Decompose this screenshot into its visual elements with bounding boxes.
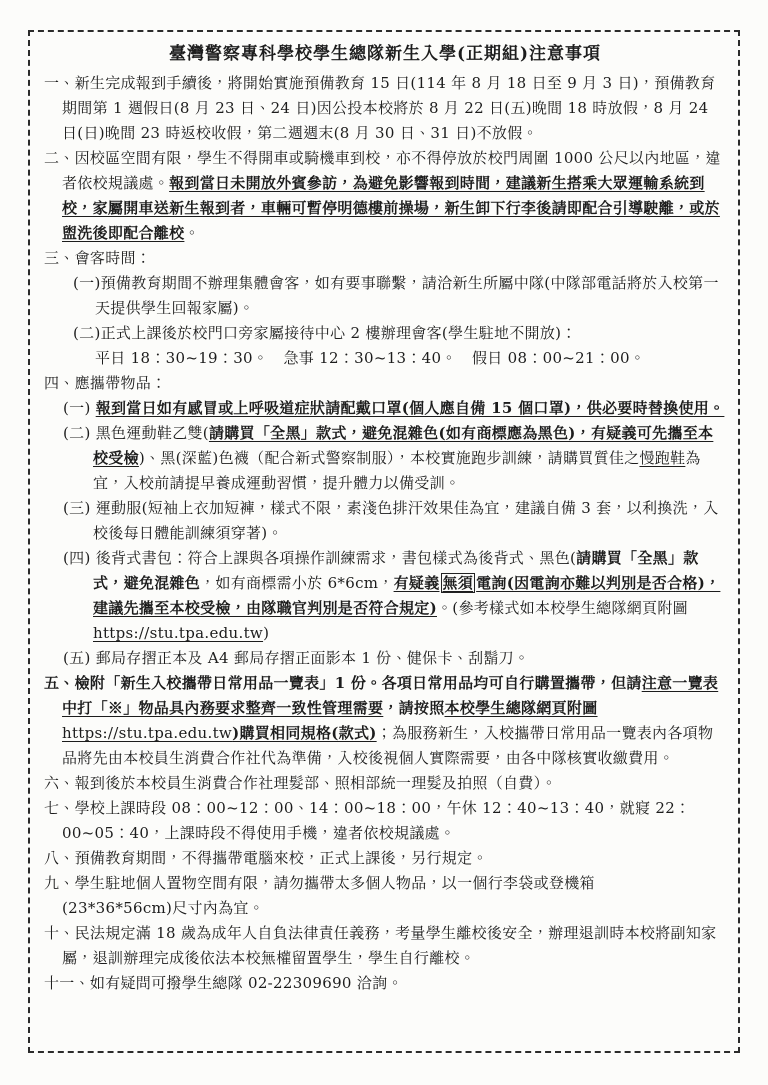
text-run: 本校學生總隊網頁附圖 xyxy=(445,699,598,717)
text-run: 運動服(短袖上衣加短褲，樣式不限，素淺色排汗效果佳為宜，建議自備 3 套，以利換… xyxy=(93,499,719,542)
text-run: 正式上課後於校門口旁家屬接待中心 2 樓辦理會客(學生駐地不開放)： xyxy=(101,324,577,342)
notice-item-14: 七、學校上課時段 08：00~12：00、14：00~18：00，午休 12：4… xyxy=(44,796,726,846)
text-run: 黑色運動鞋乙雙( xyxy=(96,424,209,442)
text-run: 郵局存摺正本及 A4 郵局存摺正面影本 1 份、健保卡、刮鬍刀。 xyxy=(96,649,530,667)
item-label: 十一、 xyxy=(44,974,90,992)
item-label: (三) xyxy=(63,499,96,517)
text-run: 如有疑問可撥學生總隊 02-22309690 洽詢。 xyxy=(90,974,403,992)
text-run: ，請按照 xyxy=(383,699,444,717)
notice-item-10: (四) 後背式書包：符合上課與各項操作訓練需求，書包樣式為後背式、黑色(請購買「… xyxy=(63,546,726,646)
item-label: 八、 xyxy=(44,849,75,867)
notice-item-3: 三、會客時間： xyxy=(44,246,726,271)
text-run: 報到後於本校員生消費合作社理髮部、照相部統一理髮及拍照（自費）。 xyxy=(75,774,557,792)
item-label: 六、 xyxy=(44,774,75,792)
notice-item-7: (一) 報到當日如有感冒或上呼吸道症狀請配戴口罩(個人應自備 15 個口罩)，供… xyxy=(63,396,726,421)
text-run: 會客時間： xyxy=(75,249,152,267)
notice-item-5: (二)正式上課後於校門口旁家屬接待中心 2 樓辦理會客(學生駐地不開放)：平日 … xyxy=(73,321,726,371)
notice-item-6: 四、應攜帶物品： xyxy=(44,371,726,396)
item-label: (一) xyxy=(63,399,96,417)
notice-item-2: 二、因校區空間有限，學生不得開車或騎機車到校，亦不得停放於校門周圍 1000 公… xyxy=(44,146,726,246)
notice-item-17: 十、民法規定滿 18 歲為成年人自負法律責任義務，考量學生離校後安全，辦理退訓時… xyxy=(44,921,726,971)
item-label: 九、 xyxy=(44,874,75,892)
item-label: (二) xyxy=(73,324,101,342)
page-title: 臺灣警察專科學校學生總隊新生入學(正期組)注意事項 xyxy=(44,41,726,67)
text-run: 學校上課時段 08：00~12：00、14：00~18：00，午休 12：40~… xyxy=(62,799,690,842)
text-run: 應攜帶物品： xyxy=(75,374,167,392)
text-run: )、黑(深藍)色襪（配合新式警察制服），本校實施跑步訓練，請購買質佳之 xyxy=(139,449,640,467)
text-run: ) xyxy=(263,624,269,642)
link-url: https://stu.tpa.edu.tw xyxy=(62,724,232,742)
notice-item-16: 九、學生駐地個人置物空間有限，請勿攜帶太多個人物品，以一個行李袋或登機箱(23*… xyxy=(44,871,726,921)
text-run: 報到當日如有感冒或上呼吸道症狀請配戴口罩(個人應自備 15 個口罩)，供必要時替… xyxy=(96,399,725,417)
item-label: 四、 xyxy=(44,374,75,392)
notice-item-9: (三) 運動服(短袖上衣加短褲，樣式不限，素淺色排汗效果佳為宜，建議自備 3 套… xyxy=(63,496,726,546)
text-run: 新生完成報到手續後，將開始實施預備教育 15 日(114 年 8 月 18 日至… xyxy=(62,74,715,142)
notice-list: 一、新生完成報到手續後，將開始實施預備教育 15 日(114 年 8 月 18 … xyxy=(44,71,726,996)
text-run: 檢附「新生入校攜帶日常用品一覽表」1 份。各項日常用品均可自行購置攜帶，但請 xyxy=(75,674,642,692)
text-run: 慢跑鞋 xyxy=(639,449,685,467)
notice-item-8: (二) 黑色運動鞋乙雙(請購買「全黑」款式，避免混雜色(如有商標應為黑色)，有疑… xyxy=(63,421,726,496)
text-run: 有疑義 xyxy=(394,574,440,592)
text-run: 民法規定滿 18 歲為成年人自負法律責任義務，考量學生離校後安全，辦理退訓時本校… xyxy=(62,924,716,967)
text-run: 預備教育期間，不得攜帶電腦來校，正式上課後，另行規定。 xyxy=(75,849,488,867)
text-run: 無須 xyxy=(441,573,476,593)
item-label: (一) xyxy=(73,274,101,292)
text-run: 。 xyxy=(184,224,199,242)
item-label: 十、 xyxy=(44,924,75,942)
item-label: 七、 xyxy=(44,799,75,817)
text-run: 學生駐地個人置物空間有限，請勿攜帶太多個人物品，以一個行李袋或登機箱 xyxy=(75,874,595,892)
text-run: 。(參考樣式如本校學生總隊網頁附圖 xyxy=(437,599,688,617)
item-label: (五) xyxy=(63,649,96,667)
notice-item-13: 六、報到後於本校員生消費合作社理髮部、照相部統一理髮及拍照（自費）。 xyxy=(44,771,726,796)
notice-border: 臺灣警察專科學校學生總隊新生入學(正期組)注意事項 一、新生完成報到手續後，將開… xyxy=(28,30,740,1053)
notice-item-11: (五) 郵局存摺正本及 A4 郵局存摺正面影本 1 份、健保卡、刮鬍刀。 xyxy=(63,646,726,671)
notice-item-12: 五、檢附「新生入校攜帶日常用品一覽表」1 份。各項日常用品均可自行購置攜帶，但請… xyxy=(44,671,726,771)
text-run: ，如有商標需小於 6*6cm， xyxy=(200,574,393,592)
text-run: 後背式書包：符合上課與各項操作訓練需求，書包樣式為後背式、黑色( xyxy=(96,549,576,567)
item-label: (四) xyxy=(63,549,96,567)
text-run: (23*36*56cm)尺寸內為宜。 xyxy=(62,899,264,917)
item-label: 三、 xyxy=(44,249,75,267)
notice-item-1: 一、新生完成報到手續後，將開始實施預備教育 15 日(114 年 8 月 18 … xyxy=(44,71,726,146)
item-label: 二、 xyxy=(44,149,75,167)
link-url: https://stu.tpa.edu.tw xyxy=(93,624,263,642)
document-page: 臺灣警察專科學校學生總隊新生入學(正期組)注意事項 一、新生完成報到手續後，將開… xyxy=(0,0,768,1085)
item-label: 五、 xyxy=(44,674,75,692)
text-run: )購買相同規格(款式) xyxy=(232,724,377,742)
item-label: (二) xyxy=(63,424,96,442)
notice-item-4: (一)預備教育期間不辦理集體會客，如有要事聯繫，請洽新生所屬中隊(中隊部電話將於… xyxy=(73,271,726,321)
item-label: 一、 xyxy=(44,74,75,92)
notice-item-15: 八、預備教育期間，不得攜帶電腦來校，正式上課後，另行規定。 xyxy=(44,846,726,871)
text-run: 平日 18：30~19：30。 急事 12：30~13：40。 假日 08：00… xyxy=(95,349,645,367)
text-run: 預備教育期間不辦理集體會客，如有要事聯繫，請洽新生所屬中隊(中隊部電話將於入校第… xyxy=(95,274,719,317)
notice-item-18: 十一、如有疑問可撥學生總隊 02-22309690 洽詢。 xyxy=(44,971,726,996)
